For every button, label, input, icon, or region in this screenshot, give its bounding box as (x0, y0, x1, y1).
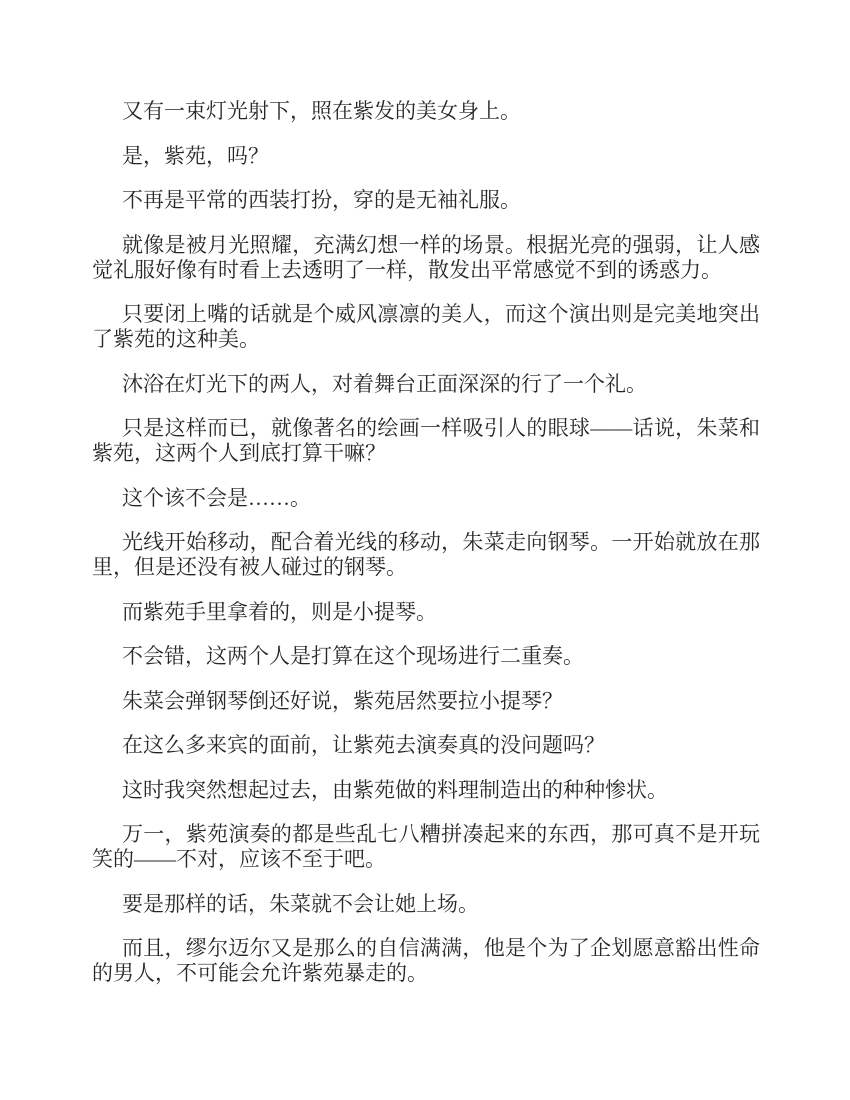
paragraph: 不再是平常的西装打扮，穿的是无袖礼服。 (92, 188, 760, 213)
paragraph: 不会错，这两个人是打算在这个现场进行二重奏。 (92, 644, 760, 669)
paragraph: 只要闭上嘴的话就是个威风凛凛的美人，而这个演出则是完美地突出了紫苑的这种美。 (92, 302, 760, 352)
paragraph: 光线开始移动，配合着光线的移动，朱菜走向钢琴。一开始就放在那里，但是还没有被人碰… (92, 530, 760, 580)
paragraph: 而且，缪尔迈尔又是那么的自信满满，他是个为了企划愿意豁出性命的男人，不可能会允许… (92, 936, 760, 986)
paragraph: 朱菜会弹钢琴倒还好说，紫苑居然要拉小提琴？ (92, 689, 760, 714)
paragraph: 就像是被月光照耀，充满幻想一样的场景。根据光亮的强弱，让人感觉礼服好像有时看上去… (92, 233, 760, 283)
paragraph: 是，紫苑，吗？ (92, 144, 760, 169)
paragraph: 万一，紫苑演奏的都是些乱七八糟拼凑起来的东西，那可真不是开玩笑的——不对，应该不… (92, 822, 760, 872)
paragraph: 而紫苑手里拿着的，则是小提琴。 (92, 600, 760, 625)
paragraph: 要是那样的话，朱菜就不会让她上场。 (92, 892, 760, 917)
paragraph: 在这么多来宾的面前，让紫苑去演奏真的没问题吗？ (92, 733, 760, 758)
paragraph: 又有一束灯光射下，照在紫发的美女身上。 (92, 99, 760, 124)
paragraph: 这时我突然想起过去，由紫苑做的料理制造出的种种惨状。 (92, 778, 760, 803)
paragraph: 沐浴在灯光下的两人，对着舞台正面深深的行了一个礼。 (92, 372, 760, 397)
paragraph: 这个该不会是……。 (92, 486, 760, 511)
reader-background: { "page": { "background_color": "#ffffff… (0, 0, 850, 1100)
novel-page: 又有一束灯光射下，照在紫发的美女身上。 是，紫苑，吗？ 不再是平常的西装打扮，穿… (92, 99, 760, 986)
paragraph: 只是这样而已，就像著名的绘画一样吸引人的眼球——话说，朱菜和紫苑，这两个人到底打… (92, 416, 760, 466)
